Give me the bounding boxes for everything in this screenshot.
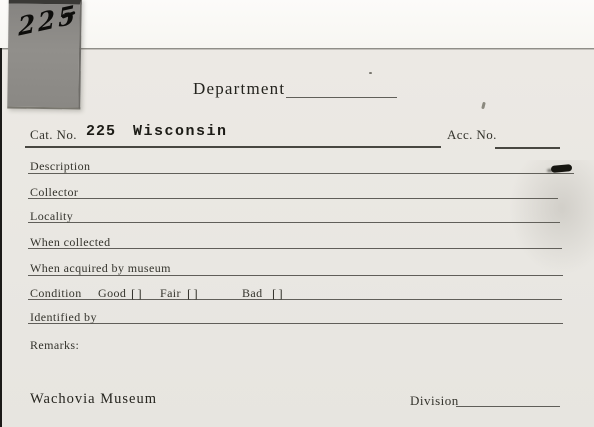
- acc-no-label: Acc. No.: [447, 128, 497, 142]
- remarks-label: Remarks:: [30, 339, 79, 352]
- collector-line: [28, 198, 558, 199]
- cat-no-line: [25, 146, 441, 148]
- when-acquired-label: When acquired by museum: [30, 262, 171, 275]
- card-left-edge: [0, 48, 2, 427]
- cat-no-label: Cat. No.: [30, 128, 77, 142]
- handwritten-number: 225: [18, 1, 79, 39]
- scan-stain: [505, 160, 594, 280]
- scan-speck: [369, 72, 372, 74]
- state-value: Wisconsin: [133, 124, 228, 139]
- division-blank-line: [456, 406, 560, 407]
- department-label: Department: [193, 79, 285, 99]
- acc-no-line: [495, 147, 560, 149]
- locality-line: [28, 222, 560, 223]
- when-acquired-line: [28, 275, 563, 276]
- description-label: Description: [30, 160, 90, 173]
- catalog-card-scan: 225 Department Cat. No. 225 Wisconsin Ac…: [0, 0, 594, 427]
- condition-line: [28, 299, 562, 300]
- identified-by-line: [28, 323, 563, 324]
- index-tab: 225: [7, 0, 82, 110]
- museum-name: Wachovia Museum: [30, 391, 157, 408]
- division-label: Division: [410, 393, 459, 409]
- when-collected-line: [28, 248, 562, 249]
- description-line: [28, 173, 574, 174]
- scan-background: [0, 0, 594, 49]
- department-blank-line: [286, 97, 397, 98]
- cat-no-value: 225: [86, 124, 116, 139]
